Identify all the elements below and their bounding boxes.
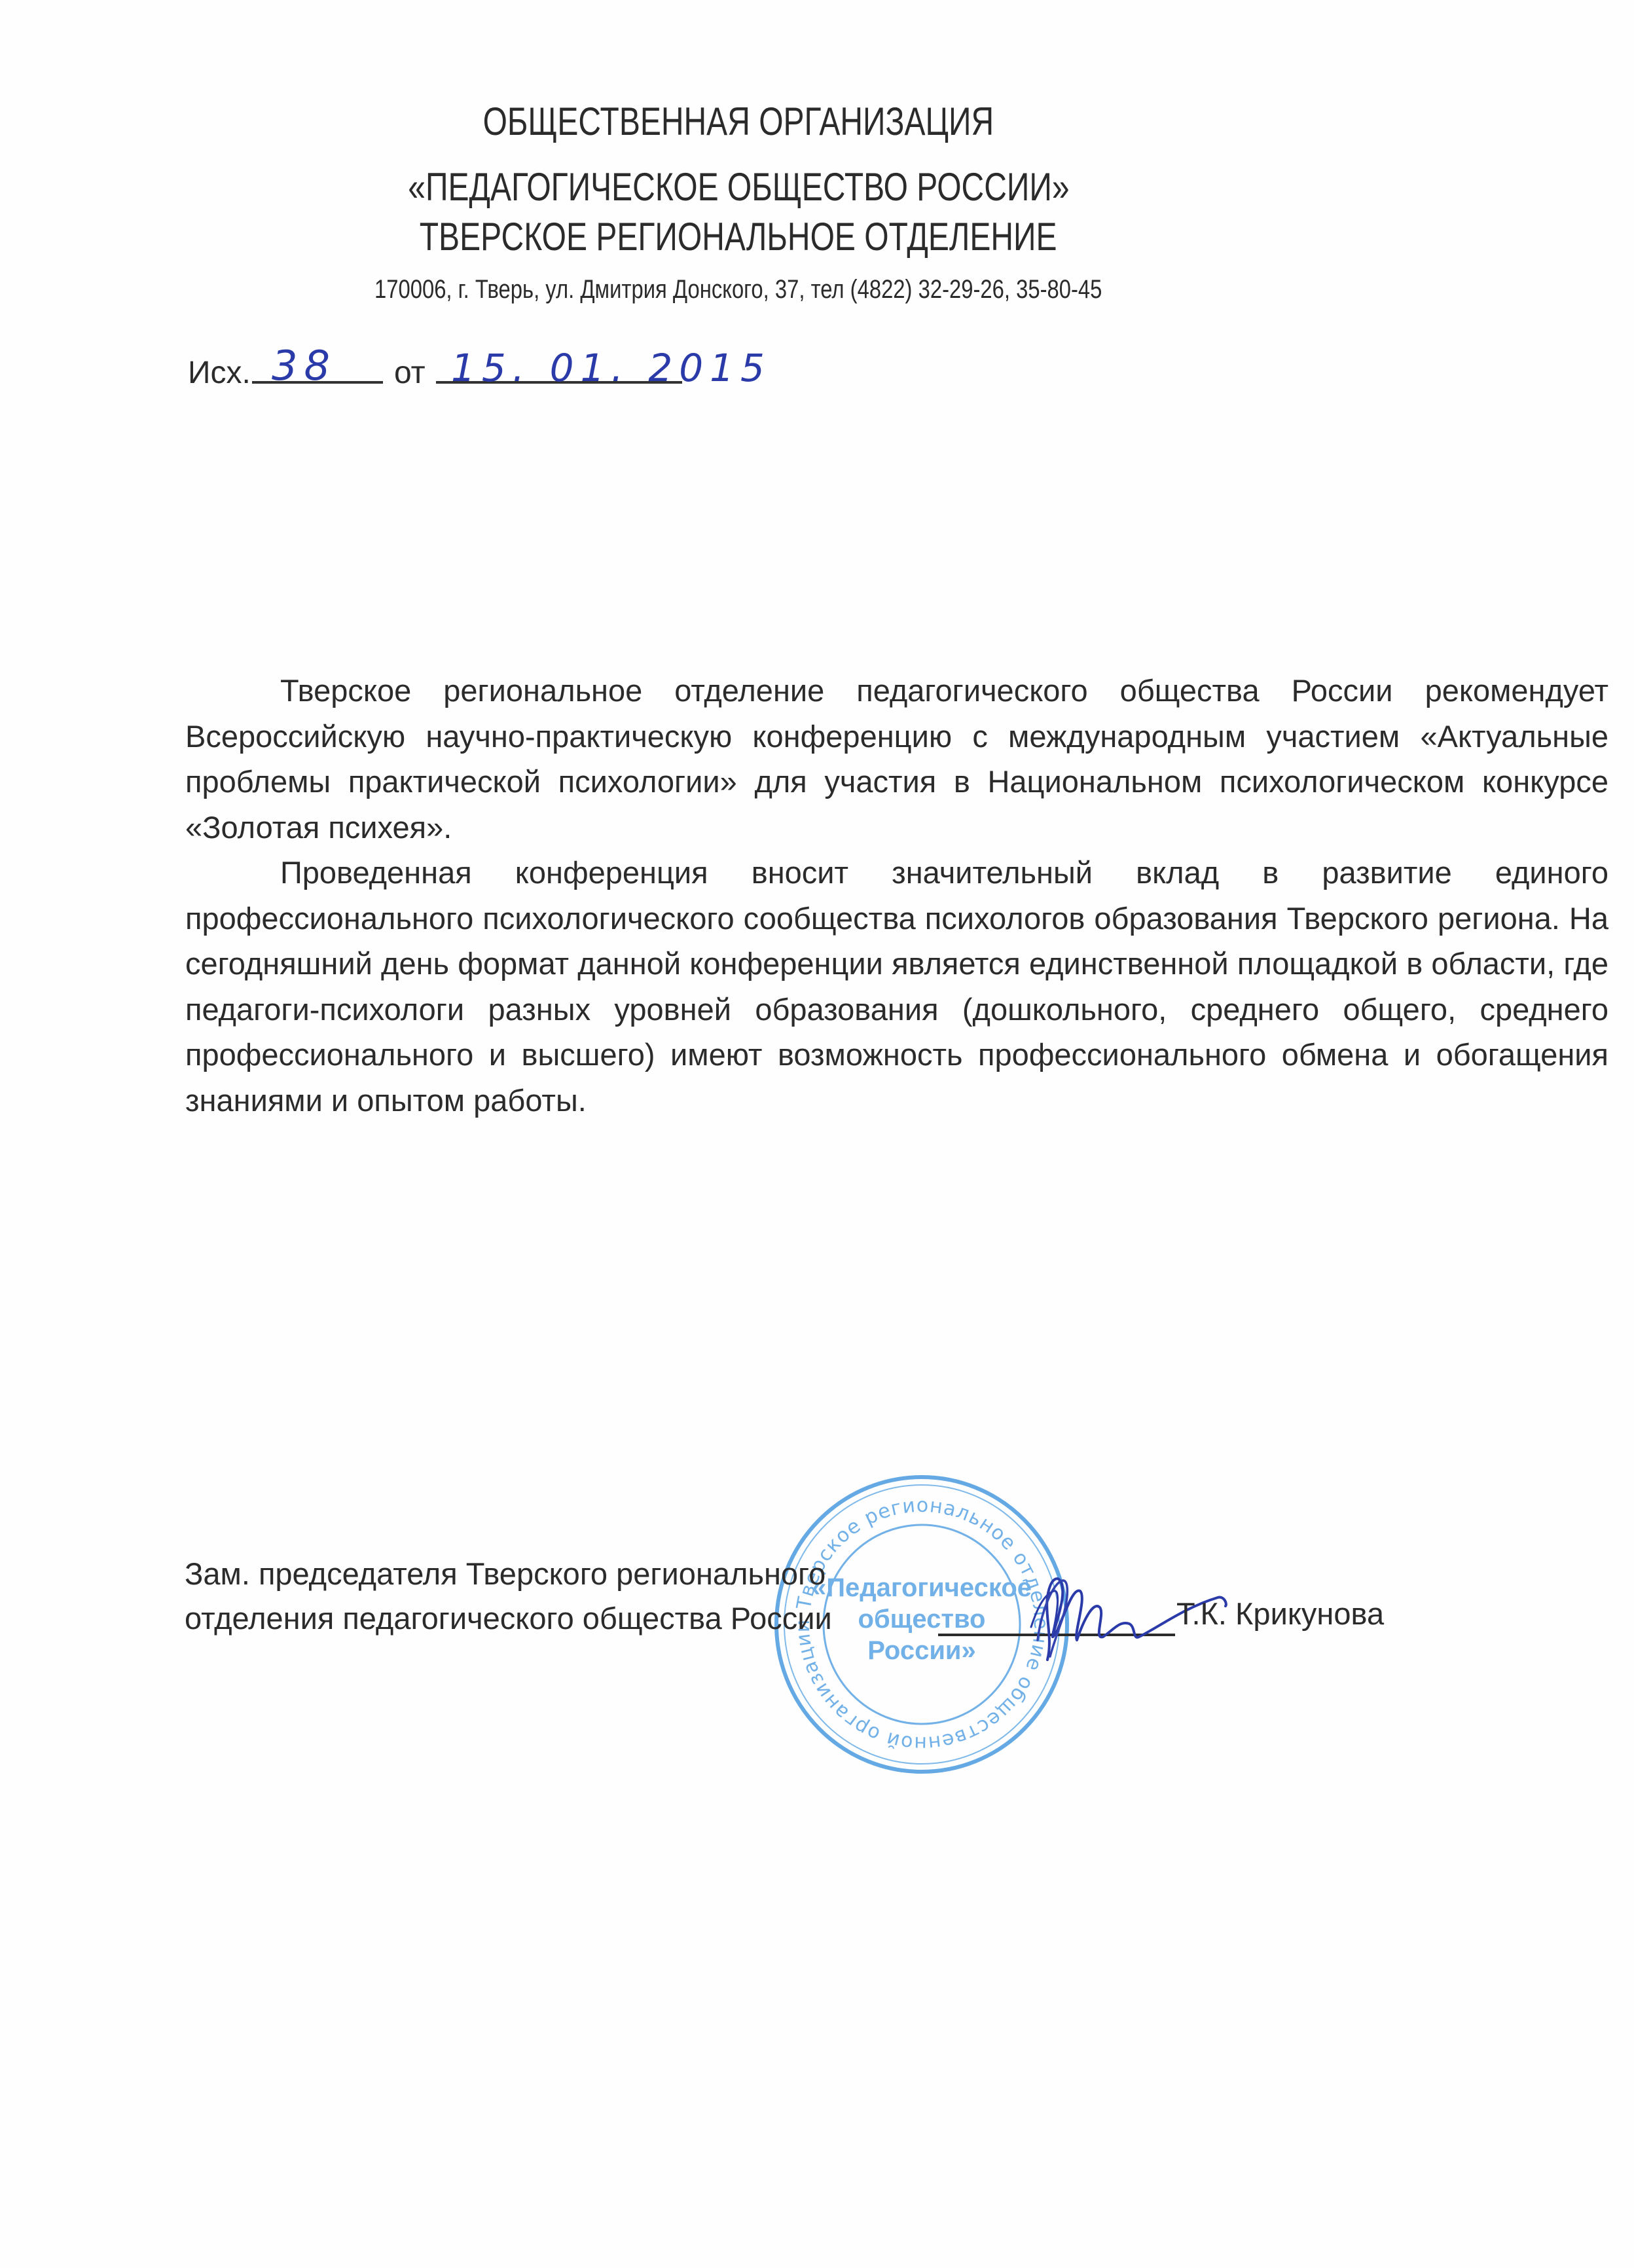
org-title-line2: «ПЕДАГОГИЧЕСКОЕ ОБЩЕСТВО РОССИИ» [0,164,1555,211]
outgoing-label: Исх. [188,355,251,391]
body-paragraph-2: Проведенная конференция вносит значитель… [185,850,1608,1123]
signer-position-line2: отделения педагогического общества Росси… [185,1596,832,1641]
org-address: 170006, г. Тверь, ул. Дмитрия Донского, … [0,272,1555,306]
org-title-line1: ОБЩЕСТВЕННАЯ ОРГАНИЗАЦИЯ [0,98,1555,145]
org-title-line2-text: «ПЕДАГОГИЧЕСКОЕ ОБЩЕСТВО РОССИИ» [408,164,1069,211]
letter-body: Тверское региональное отделение педагоги… [185,668,1608,1123]
stamp-center-line2: общество [858,1605,986,1634]
signer-name: Т.К. Крикунова [1176,1596,1384,1632]
org-title-line1-text: ОБЩЕСТВЕННАЯ ОРГАНИЗАЦИЯ [483,98,994,145]
signer-position-line1: Зам. председателя Тверского региональног… [185,1552,832,1596]
org-title-line3-text: ТВЕРСКОЕ РЕГИОНАЛЬНОЕ ОТДЕЛЕНИЕ [420,213,1057,261]
date-label: от [394,355,426,391]
date-value: 15. 01. 2015 [451,346,771,390]
letter-page: ОБЩЕСТВЕННАЯ ОРГАНИЗАЦИЯ «ПЕДАГОГИЧЕСКОЕ… [0,0,1634,2268]
body-paragraph-1: Тверское региональное отделение педагоги… [185,668,1608,850]
stamp-center-line1: «Педагогическое [812,1573,1032,1602]
org-address-text: 170006, г. Тверь, ул. Дмитрия Донского, … [374,272,1102,306]
org-title-line3: ТВЕРСКОЕ РЕГИОНАЛЬНОЕ ОТДЕЛЕНИЕ [0,213,1555,261]
signer-position: Зам. председателя Тверского региональног… [185,1552,832,1641]
outgoing-number: 38 [272,342,336,390]
stamp-center-line3: России» [867,1636,976,1665]
